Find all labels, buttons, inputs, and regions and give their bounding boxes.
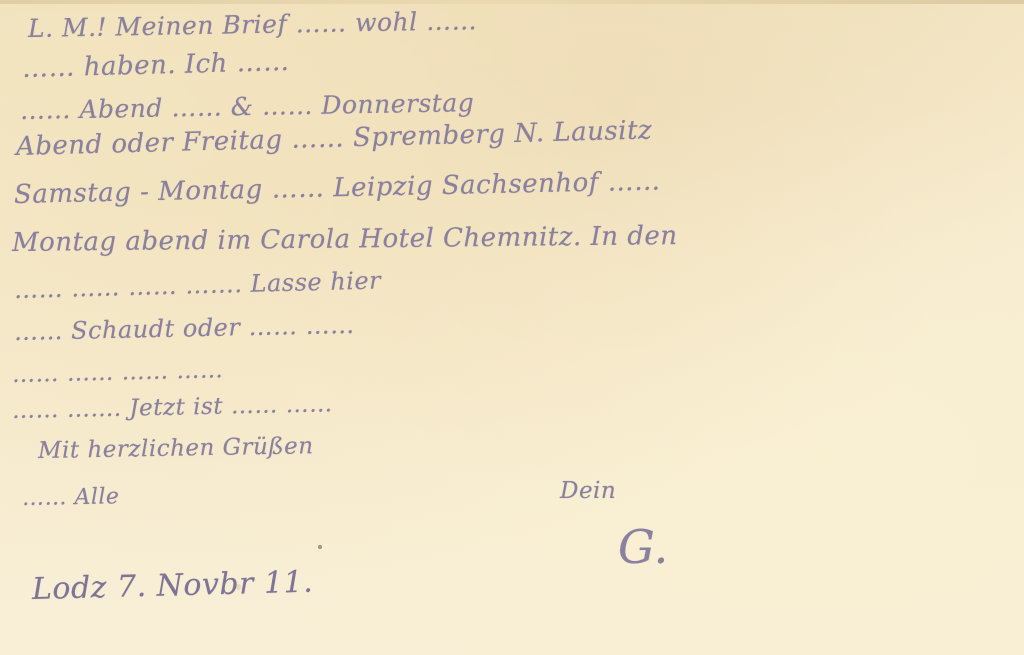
letter-line: …… Schaudt oder …… …… xyxy=(14,311,355,346)
letter-line: …… Abend …… & …… Donnerstag xyxy=(20,88,475,125)
signature: G. xyxy=(618,520,669,574)
closing: Dein xyxy=(560,478,616,504)
letter-line: …… ……. Jetzt ist …… …… xyxy=(12,391,333,424)
paper-edge xyxy=(0,0,1024,4)
letter-line: …… …… …… ……. Lasse hier xyxy=(14,266,382,304)
greeting-line: Mit herzlichen Grüßen xyxy=(38,433,314,464)
greeting-line: …… Alle xyxy=(22,484,120,511)
letter-line: …… …… …… …… xyxy=(12,357,224,388)
letter-line: Samstag - Montag …… Leipzig Sachsenhof …… xyxy=(14,166,661,210)
letter-line: L. M.! Meinen Brief …… wohl …… xyxy=(28,6,478,43)
postcard-back: L. M.! Meinen Brief …… wohl …… …… haben.… xyxy=(0,0,1024,655)
letter-line: …… haben. Ich …… xyxy=(22,47,290,84)
paper-stain xyxy=(318,545,322,549)
place-date: Lodz 7. Novbr 11. xyxy=(32,565,314,607)
letter-line: Montag abend im Carola Hotel Chemnitz. I… xyxy=(12,221,678,258)
